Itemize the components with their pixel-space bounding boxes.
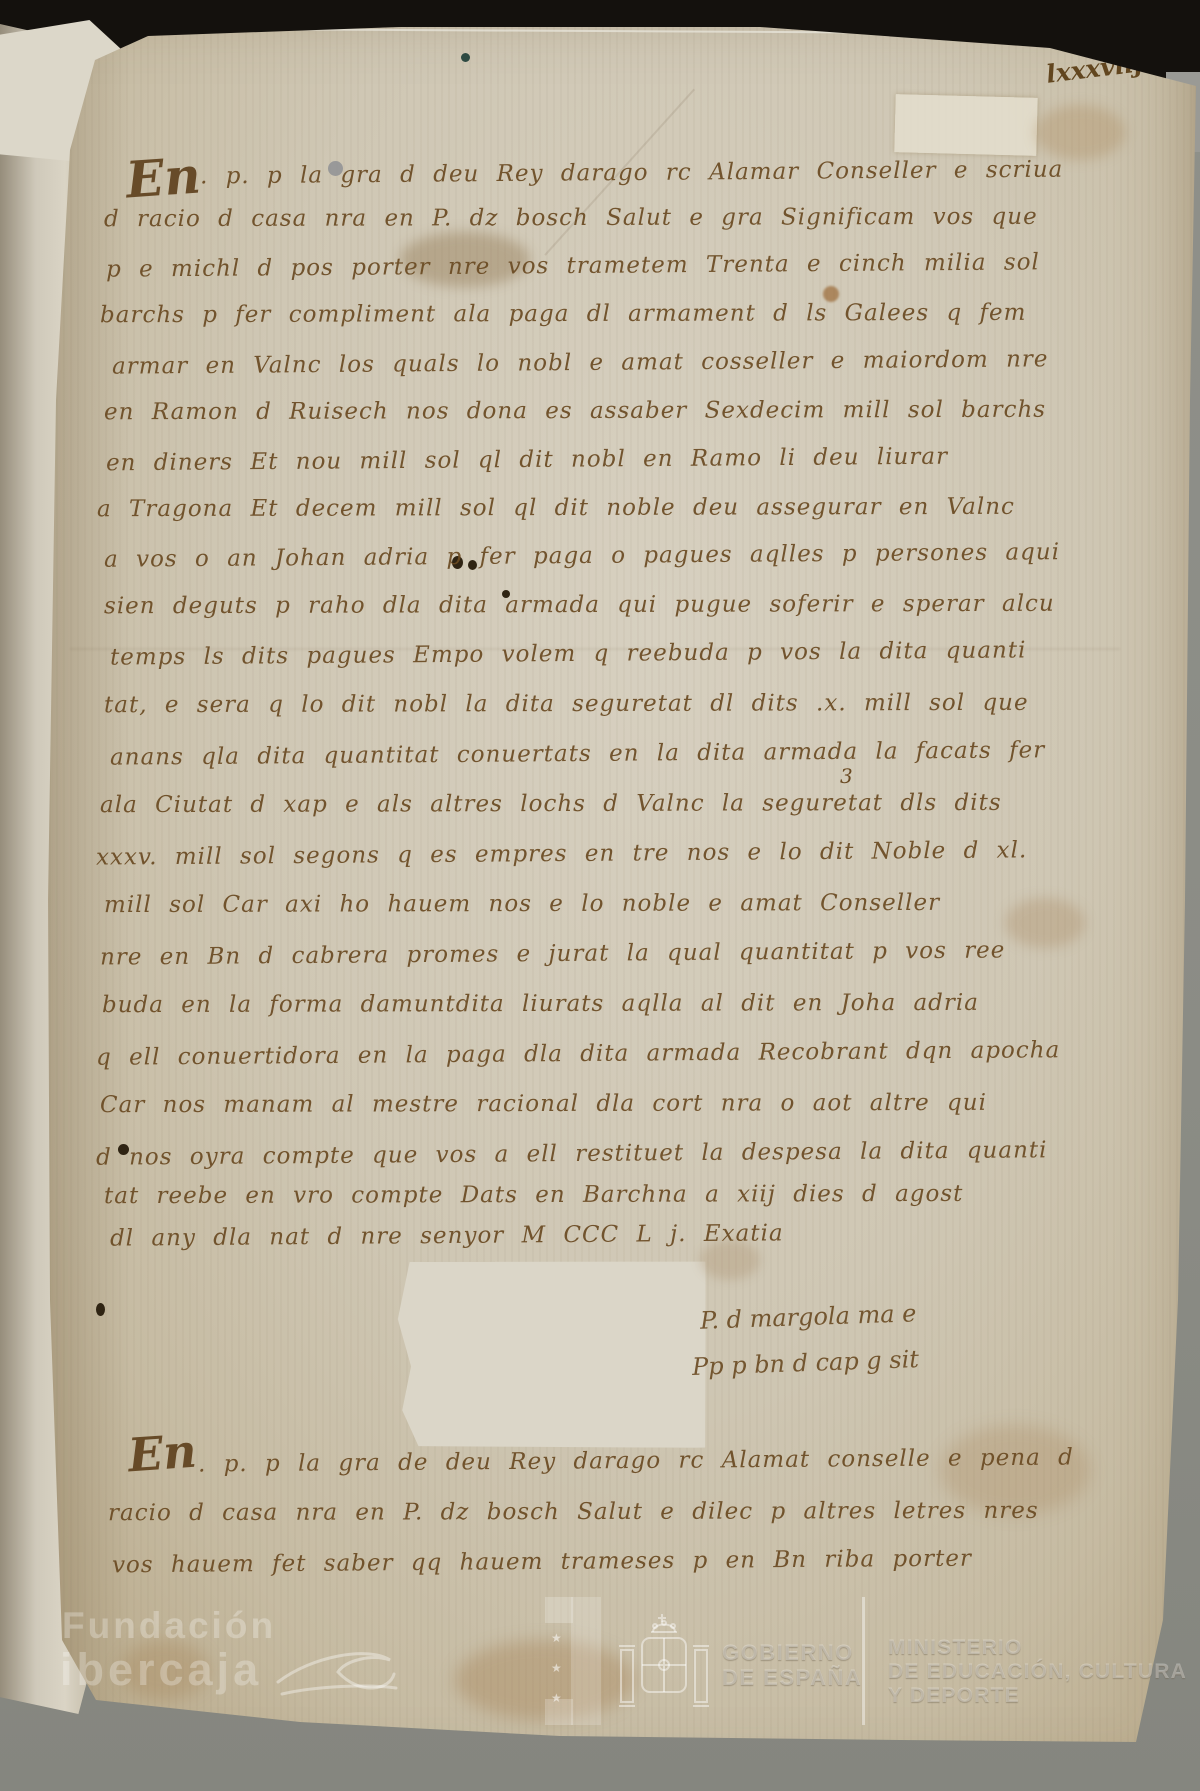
ink-dot (461, 53, 470, 62)
ink-dot (96, 1303, 105, 1316)
stain (1035, 105, 1125, 160)
signature-line: Pp p bn d cap g sit (692, 1345, 920, 1381)
star-icon: ★ (551, 1661, 562, 1675)
manuscript-line: tat, e sera q lo dit nobl la dita segure… (104, 690, 1029, 718)
manuscript-line: vos hauem fet saber qq hauem trameses p … (112, 1546, 972, 1579)
manuscript-line: xxxv. mill sol segons q es empres en tre… (96, 837, 1027, 870)
manuscript-line: q ell conuertidora en la paga dla dita a… (96, 1037, 1060, 1071)
manuscript-line: p e michl d pos porter nre vos trametem … (106, 249, 1040, 282)
paragraph1-initial: En (124, 145, 202, 209)
manuscript-line: nre en Bn d cabrera promes e jurat la qu… (100, 937, 1006, 970)
manuscript-page: lxxxviij En . p. p la gra d deu Rey dara… (0, 0, 1200, 1791)
manuscript-line: barchs p fer compliment ala paga dl arma… (100, 300, 1026, 328)
paragraph2-initial: En (126, 1424, 198, 1483)
manuscript-line: d nos oyra compte que vos a ell restitue… (96, 1137, 1048, 1170)
manuscript-line: anans qla dita quantitat conuertats en l… (110, 737, 1045, 770)
ibercaja-swirl-icon (272, 1638, 402, 1716)
manuscript-line: mill sol Car axi ho hauem nos e lo noble… (104, 890, 940, 918)
manuscript-scan: lxxxviij En . p. p la gra d deu Rey dara… (0, 0, 1200, 1791)
star-icon: ★ (551, 1631, 562, 1645)
ministerio-line1: MINISTERIO (888, 1636, 1187, 1660)
stain (1005, 898, 1085, 948)
manuscript-line: Car nos manam al mestre racional dla cor… (100, 1090, 987, 1118)
manuscript-line: . p. p la gra d deu Rey darago rc Alamar… (200, 157, 1064, 190)
ministerio-watermark: MINISTERIO DE EDUCACIÓN, CULTURA Y DEPOR… (888, 1636, 1187, 1708)
gobierno-line2: DE ESPAÑA (722, 1665, 862, 1690)
watermark-divider (862, 1597, 865, 1725)
manuscript-line: d racio d casa nra en P. dz bosch Salut … (104, 204, 1038, 232)
spain-coat-of-arms-icon (615, 1610, 713, 1718)
manuscript-line: ala Ciutat d xap e als altres lochs d Va… (100, 790, 1002, 818)
spain-flag-icon: ★ ★ ★ (545, 1597, 605, 1725)
manuscript-line: en Ramon d Ruisech nos dona es assaber S… (104, 397, 1046, 425)
star-icon: ★ (551, 1691, 562, 1705)
ibercaja-watermark-line2: ibercaja (60, 1644, 262, 1696)
signature-line: P. d margola ma e (700, 1299, 917, 1335)
repair-patch-middle (391, 1258, 709, 1452)
manuscript-line: a Tragona Et decem mill sol ql dit noble… (97, 494, 1015, 522)
manuscript-line: sien deguts p raho dla dita armada qui p… (104, 591, 1055, 619)
gobierno-watermark: GOBIERNO DE ESPAÑA (722, 1640, 862, 1690)
ministerio-line3: Y DEPORTE (888, 1684, 1187, 1708)
repair-patch-top (894, 94, 1037, 156)
marginal-note: 3 (840, 764, 853, 788)
manuscript-line: armar en Valnc los quals lo nobl e amat … (112, 346, 1049, 379)
gobierno-line1: GOBIERNO (722, 1640, 862, 1665)
manuscript-line: tat reebe en vro compte Dats en Barchna … (104, 1181, 963, 1209)
manuscript-line: en diners Et nou mill sol ql dit nobl en… (106, 444, 948, 477)
manuscript-line: racio d casa nra en P. dz bosch Salut e … (108, 1498, 1039, 1526)
manuscript-line: temps ls dits pagues Empo volem q reebud… (110, 637, 1027, 670)
manuscript-line: dl any dla nat d nre senyor M CCC L j. E… (110, 1220, 784, 1251)
manuscript-line: buda en la forma damuntdita liurats aqll… (102, 990, 979, 1018)
ibercaja-watermark-line1: Fundación (62, 1605, 276, 1647)
manuscript-line: a vos o an Johan adria p fer paga o pagu… (104, 539, 1060, 573)
ministerio-line2: DE EDUCACIÓN, CULTURA (888, 1660, 1187, 1684)
